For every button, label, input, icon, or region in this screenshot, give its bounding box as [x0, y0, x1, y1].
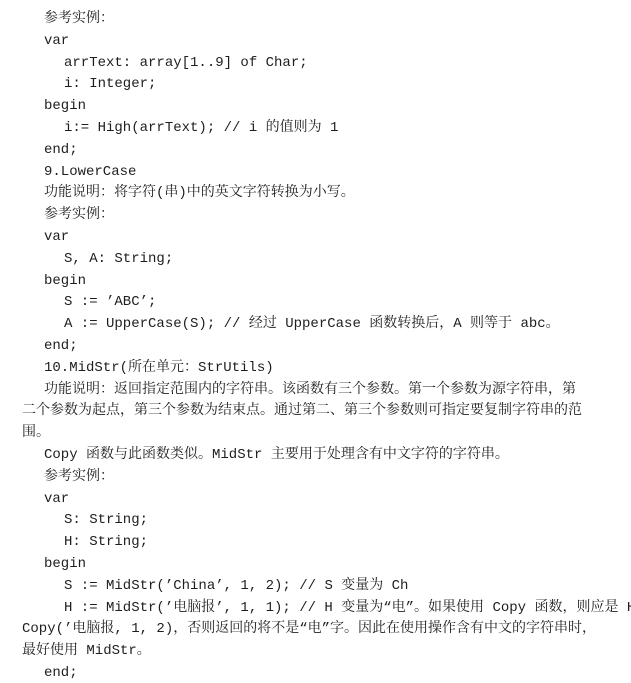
code-line-declaration: S, A: String; — [0, 249, 631, 271]
doc-line: 参考实例： — [0, 467, 631, 489]
code-line-begin: begin — [0, 96, 631, 118]
document-page: 参考实例： var arrText: array[1..9] of Char; … — [0, 0, 631, 683]
code-line-declaration: arrText: array[1..9] of Char; — [0, 53, 631, 75]
doc-line: 参考实例： — [0, 9, 631, 31]
section-heading-midstr: 10.MidStr(所在单元：StrUtils) — [0, 358, 631, 380]
code-line-end: end; — [0, 140, 631, 162]
function-description: 功能说明：返回指定范围内的字符串。该函数有三个参数。第一个参数为源字符串，第 — [0, 380, 631, 402]
code-line-end: end; — [0, 663, 631, 683]
function-description: 功能说明：将字符(串)中的英文字符转换为小写。 — [0, 183, 631, 205]
code-line-var: var — [0, 31, 631, 53]
code-line-declaration: i: Integer; — [0, 74, 631, 96]
code-line-statement: H := MidStr(’电脑报’, 1, 1); // H 变量为“电”。如果… — [0, 598, 631, 620]
code-line-end: end; — [0, 336, 631, 358]
code-line-declaration: S: String; — [0, 510, 631, 532]
function-description-wrap: 围。 — [0, 423, 631, 445]
section-heading-lowercase: 9.LowerCase — [0, 162, 631, 184]
code-line-var: var — [0, 227, 631, 249]
doc-paragraph: Copy 函数与此函数类似。MidStr 主要用于处理含有中文字符的字符串。 — [0, 445, 631, 467]
doc-line: 参考实例： — [0, 205, 631, 227]
code-line-begin: begin — [0, 271, 631, 293]
code-line-statement: A := UpperCase(S); // 经过 UpperCase 函数转换后… — [0, 314, 631, 336]
code-line-begin: begin — [0, 554, 631, 576]
function-description-wrap: 二个参数为起点，第三个参数为结束点。通过第二、第三个参数则可指定要复制字符串的范 — [0, 401, 631, 423]
code-line-declaration: H: String; — [0, 532, 631, 554]
code-line-statement: i:= High(arrText); // i 的值则为 1 — [0, 118, 631, 140]
code-comment-wrap: 最好使用 MidStr。 — [0, 641, 631, 663]
code-line-statement: S := ’ABC’; — [0, 292, 631, 314]
code-line-statement: S := MidStr(’China’, 1, 2); // S 变量为 Ch — [0, 576, 631, 598]
code-comment-wrap: Copy(’电脑报, 1, 2)，否则返回的将不是“电”字。因此在使用操作含有中… — [0, 619, 631, 641]
code-line-var: var — [0, 489, 631, 511]
